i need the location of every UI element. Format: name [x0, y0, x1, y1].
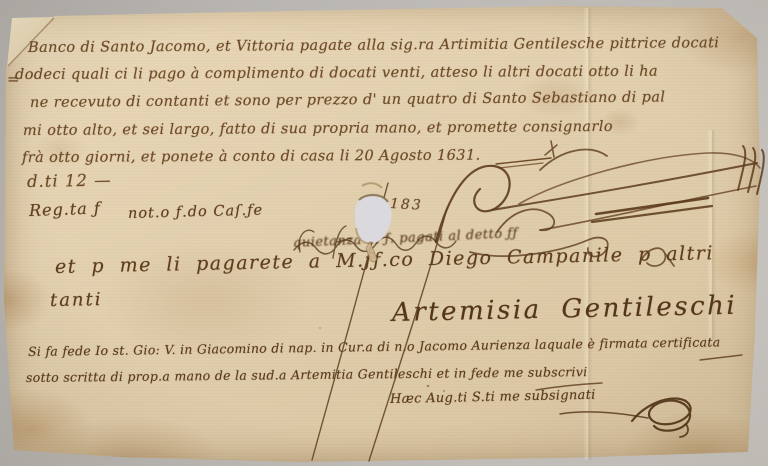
body-text-line: dodeci quali ci li pago à complimento di…: [15, 64, 658, 83]
manuscript-scan: = Banco di Santo Jacomo, et Vittoria pag…: [0, 0, 768, 466]
folio-number: 183: [390, 196, 424, 214]
endorsement-text-continued: tanti: [50, 289, 103, 311]
register-abbreviation: Reg.ta ƒ: [29, 198, 101, 219]
body-text-line: frà otto giorni, et ponete à conto di ca…: [22, 148, 481, 166]
ducats-amount: d.ti 12 —: [27, 171, 112, 191]
